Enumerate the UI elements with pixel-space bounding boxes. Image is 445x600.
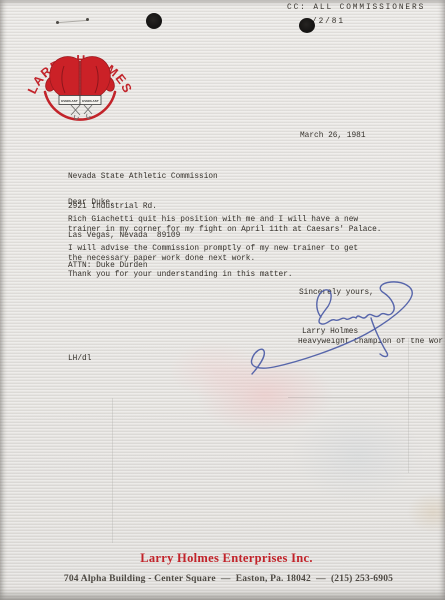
body-paragraph-3: Thank you for your understanding in this… xyxy=(68,271,293,281)
cc-date-annotation: /2/81 xyxy=(312,18,345,28)
cc-annotation: CC: ALL COMMISSIONERS xyxy=(287,4,425,14)
salutation: Dear Duke, xyxy=(68,199,115,209)
larry-holmes-logo: LARRY HOLMES EVERLAST EVERLAST xyxy=(18,26,142,130)
boxing-gloves-icon xyxy=(44,57,117,97)
horizontal-crease xyxy=(288,397,445,398)
everlast-text-right: EVERLAST xyxy=(82,99,99,103)
pink-stain xyxy=(170,340,360,450)
vertical-crease-right xyxy=(408,338,409,473)
footer-company: Larry Holmes Enterprises Inc. xyxy=(4,551,445,566)
signer-name: Larry Holmes xyxy=(302,328,358,338)
everlast-text-left: EVERLAST xyxy=(61,99,78,103)
scratch-mark xyxy=(56,18,89,24)
ink-dot-top xyxy=(146,13,162,29)
letter-date: March 26, 1981 xyxy=(300,132,366,142)
recipient-line: Nevada State Athletic Commission xyxy=(68,173,218,183)
vertical-crease-left xyxy=(112,398,113,543)
gray-smudge xyxy=(270,390,445,520)
closing: Sincerely yours, xyxy=(299,289,374,299)
glove-cuffs: EVERLAST EVERLAST xyxy=(59,96,101,105)
body-paragraph-2: I will advise the Commission promptly of… xyxy=(68,245,358,265)
typist-reference: LH/dl xyxy=(68,355,91,365)
signer-title: Heavyweight Champion of the Wor xyxy=(298,338,445,348)
pink-stain-upper xyxy=(150,330,280,410)
letter-page: LARRY HOLMES EVERLAST EVERLAST CC: ALL C… xyxy=(0,0,445,600)
tan-smudge xyxy=(398,485,445,540)
footer-address: 704 Alpha Building - Center Square — Eas… xyxy=(6,574,445,584)
ink-dot-cc xyxy=(299,18,315,33)
body-paragraph-1: Rich Giachetti quit his position with me… xyxy=(68,216,382,236)
